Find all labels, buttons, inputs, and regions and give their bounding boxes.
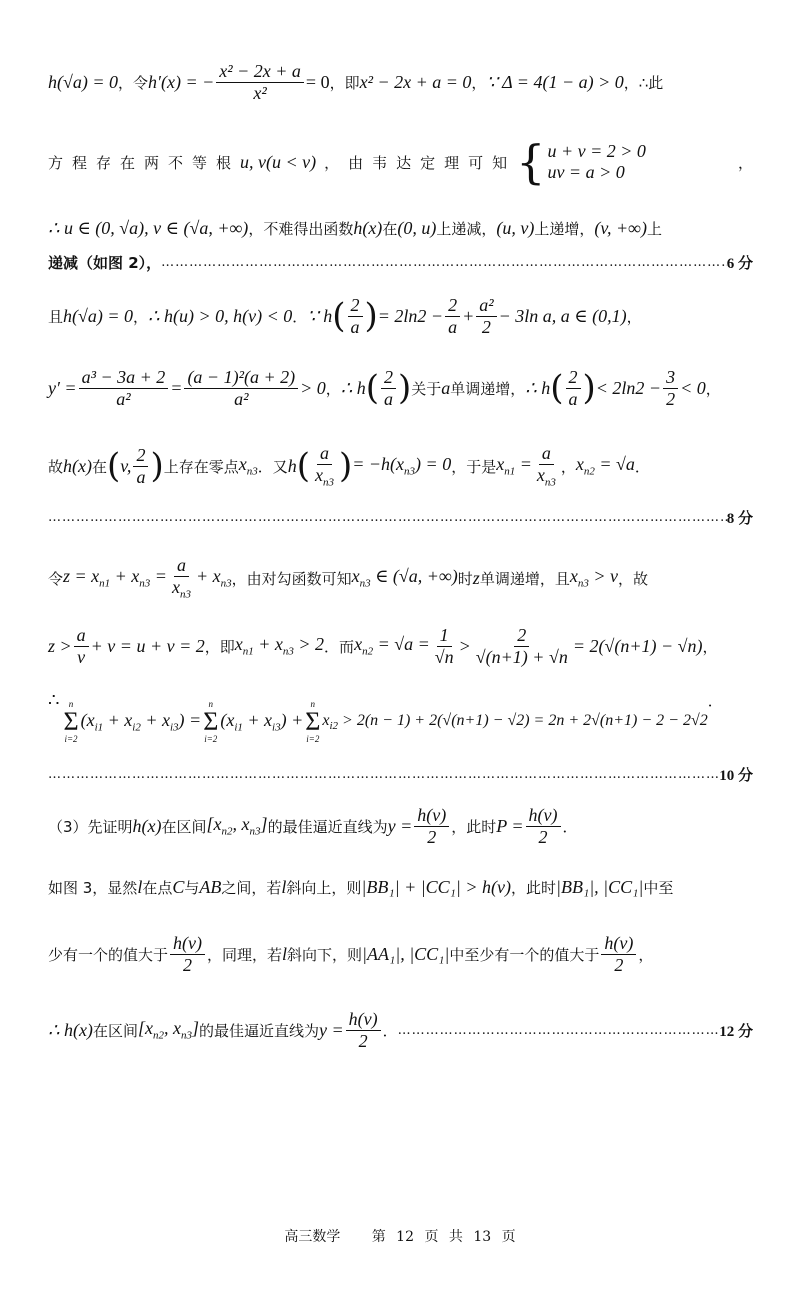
text: 少有一个的值大于 [48, 944, 168, 965]
numerator: a [174, 555, 189, 577]
text: 之间，若 [221, 877, 281, 898]
text: ．而 [324, 636, 354, 657]
line-16: ∴ h(x) 在区间 [xn2, xn3] 的最佳逼近直线为 y = h(v)2… [48, 1000, 753, 1060]
denominator: a [381, 389, 396, 410]
math: h(x) [63, 456, 92, 477]
math: < 0 [680, 378, 706, 399]
denominator: 2 [180, 955, 195, 976]
denominator: 2 [479, 317, 494, 338]
math: xn2 = √a = [354, 634, 430, 658]
math: ∵ Δ = 4(1 − a) > 0 [486, 72, 623, 93]
text: 在 [92, 456, 107, 477]
math: y = [388, 816, 413, 837]
fraction: a²2 [476, 295, 496, 337]
fraction: h(v)2 [346, 1009, 381, 1051]
page-mid: 页 共 [424, 1229, 462, 1245]
text: ，令 [118, 72, 148, 93]
math: xn3 [239, 454, 258, 478]
fraction: h(v)2 [414, 805, 449, 847]
text: ，∴此 [624, 72, 664, 93]
numerator: 1 [437, 625, 452, 647]
text: 上递增， [534, 218, 594, 239]
denominator: a [566, 389, 581, 410]
line-13: （3）先证明 h(x) 在区间 [xn2, xn3] 的最佳逼近直线为 y = … [48, 796, 753, 856]
fraction: h(v)2 [526, 805, 561, 847]
math: < 2ln2 − [596, 378, 661, 399]
line-4: 递减（如图 2）， ………………………………………………………………………………… [48, 248, 753, 276]
paren: ( [550, 371, 563, 405]
text: 单调递增， [450, 378, 525, 399]
score-points: 10 分 [719, 764, 753, 785]
text: 单调递增，且 [480, 568, 570, 589]
math: AB [199, 877, 221, 898]
math: h [288, 456, 297, 477]
summation: nΣi=2 [305, 700, 320, 744]
denominator: a [348, 317, 363, 338]
numerator: h(v) [414, 805, 449, 827]
math: y = [319, 1020, 344, 1041]
numerator: x² − 2x + a [216, 61, 304, 83]
line-12: …………………………………………………………………………………………………………… [48, 760, 753, 788]
text: ，由韦达定理可知 [324, 152, 516, 173]
fraction: h(v)2 [170, 933, 205, 975]
fraction: axn3 [312, 443, 337, 489]
math: + v = u + v = 2 [91, 636, 205, 657]
equation-system: u + v = 2 > 0 uv = a > 0 [547, 141, 645, 183]
paren: ) [398, 371, 411, 405]
fraction: a³ − 3a + 2a² [79, 367, 169, 409]
fraction: 2a [381, 367, 396, 409]
denominator: √n [432, 647, 457, 668]
numerator: 3 [663, 367, 678, 389]
score-points: 8 分 [727, 507, 753, 528]
fraction: axn3 [534, 443, 559, 489]
leader-dots: ………………………………………………………………………………………… [398, 1023, 720, 1038]
text: ． [635, 456, 650, 477]
text: 且 [48, 306, 63, 327]
text: ． [292, 306, 307, 327]
math: (v, +∞) [594, 218, 647, 239]
numerator: a [539, 443, 554, 465]
denominator: √(n+1) + √n [473, 647, 571, 668]
math: z > [48, 636, 72, 657]
text: 的最佳逼近直线为 [199, 1020, 319, 1041]
text: ， [706, 378, 721, 399]
leader-dots: …………………………………………………………………………………………………………… [48, 510, 727, 525]
paren: ) [150, 449, 163, 483]
line-9: 令 z = xn1 + xn3 = axn3 + xn3 ，由对勾函数可知 xn… [48, 548, 753, 608]
text: 中至少有一个的值大于 [449, 944, 599, 965]
text: ． [383, 1020, 398, 1041]
fraction: 1√n [432, 625, 457, 667]
math: > [459, 636, 471, 657]
math: ∴ h [341, 378, 366, 399]
text: ， [561, 456, 576, 477]
leader-dots: …………………………………………………………………………………………………………… [48, 767, 719, 782]
math: C [172, 877, 184, 898]
math: + [462, 306, 474, 327]
leader-dots: …………………………………………………………………………………………………………… [161, 255, 727, 270]
score-points: 6 分 [727, 252, 753, 273]
text: 关于 [411, 378, 441, 399]
text: ，故 [618, 568, 648, 589]
paren: ( [332, 299, 345, 333]
numerator: 2 [381, 367, 396, 389]
numerator: 2 [348, 295, 363, 317]
math: |BB₁|, |CC₁| [556, 877, 643, 898]
summation: nΣi=2 [63, 700, 78, 744]
equation: uv = a > 0 [547, 162, 645, 183]
text: ， [326, 378, 341, 399]
denominator: xn3 [312, 465, 337, 489]
line-10: z > av + v = u + v = 2 ，即 xn1 + xn3 > 2 … [48, 616, 753, 676]
text: 在 [382, 218, 397, 239]
math: h(√a) = 0 [48, 72, 118, 93]
math: x² − 2x + a = 0 [360, 72, 472, 93]
math: [xn2, xn3] [138, 1018, 199, 1042]
text: ，此时 [511, 877, 556, 898]
text: ，同理，若 [207, 944, 282, 965]
line-5: 且 h(√a) = 0 ， ∴ h(u) > 0, h(v) < 0 ． ∵ h… [48, 288, 753, 344]
line-8: …………………………………………………………………………………………………………… [48, 503, 753, 531]
denominator: xn3 [169, 577, 194, 601]
numerator: h(v) [346, 1009, 381, 1031]
paren: ) [365, 299, 378, 333]
text: ，于是 [451, 456, 496, 477]
paren: ) [339, 449, 352, 483]
fraction: 2a [348, 295, 363, 337]
text: 在区间 [93, 1020, 138, 1041]
text: ， [133, 306, 148, 327]
math: (u, v) [496, 218, 534, 239]
text: ， [703, 636, 718, 657]
math: xn2 = √a [576, 454, 635, 478]
math: = [170, 378, 182, 399]
text: ．又 [258, 456, 288, 477]
text: ． [563, 816, 578, 837]
fraction: x² − 2x + a x² [216, 61, 304, 103]
numerator: a³ − 3a + 2 [79, 367, 169, 389]
math: ∴ h [525, 378, 550, 399]
text: 如图 3，显然 [48, 877, 137, 898]
denominator: x² [250, 83, 269, 104]
math: ∴ h(x) [48, 1020, 93, 1041]
line-6: y′ = a³ − 3a + 2a² = (a − 1)²(a + 2)a² >… [48, 360, 753, 416]
text: 时 [458, 568, 473, 589]
math: P = [496, 816, 523, 837]
math: ∵ h [307, 306, 332, 327]
fraction: 2a [445, 295, 460, 337]
page-number: 12 [396, 1229, 414, 1245]
text: 递减（如图 2）， [48, 252, 161, 273]
fraction: (a − 1)²(a + 2)a² [184, 367, 298, 409]
math: v, [120, 456, 131, 477]
math: = 0 [306, 72, 330, 93]
numerator: h(v) [526, 805, 561, 827]
page-prefix: 第 [372, 1229, 386, 1245]
math: (xi1 + xi3) + [220, 710, 303, 734]
denominator: a² [113, 389, 133, 410]
fraction: h(v)2 [601, 933, 636, 975]
math: xn1 + xn3 > 2 [235, 634, 324, 658]
math: ∴ h(u) > 0, h(v) < 0 [148, 306, 292, 327]
line-15: 少有一个的值大于 h(v)2 ，同理，若 l 斜向下，则 |AA₁|, |CC₁… [48, 924, 753, 984]
math: xn3 ∈ (√a, +∞) [352, 566, 458, 590]
page-footer: 高三数学 第 12 页 共 13 页 [0, 1226, 800, 1246]
numerator: 2 [566, 367, 581, 389]
math: xn3 > v [570, 566, 618, 590]
text: ， [638, 944, 653, 965]
math: + xn3 [196, 566, 232, 590]
numerator: 2 [133, 445, 148, 467]
total-pages: 13 [473, 1229, 491, 1245]
math: (0, u) [397, 218, 436, 239]
numerator: a² [476, 295, 496, 317]
math: (xi1 + xi2 + xi3) = [81, 710, 202, 734]
math: h(√a) = 0 [63, 306, 133, 327]
text: ，不难得出函数 [248, 218, 353, 239]
text: 上递减， [436, 218, 496, 239]
math: h(x) [133, 816, 162, 837]
fraction: axn3 [169, 555, 194, 601]
text: 在点 [142, 877, 172, 898]
denominator: xn3 [534, 465, 559, 489]
denominator: a [445, 317, 460, 338]
text: ． [708, 690, 723, 711]
text: 方程存在两不等根 [48, 152, 240, 173]
line-2: 方程存在两不等根 u, v(u < v) ，由韦达定理可知 { u + v = … [48, 132, 753, 192]
equation: u + v = 2 > 0 [547, 141, 645, 162]
text: （3）先证明 [48, 816, 133, 837]
subject-label: 高三数学 [284, 1229, 340, 1245]
text: 令 [48, 568, 63, 589]
numerator: 2 [514, 625, 529, 647]
math: > 0 [300, 378, 326, 399]
math: h′(x) = − [148, 72, 214, 93]
left-brace: { [516, 139, 545, 185]
numerator: 2 [445, 295, 460, 317]
denominator: 2 [424, 827, 439, 848]
text: 故 [48, 456, 63, 477]
text: 上 [647, 218, 662, 239]
therefore-symbol: ∴ [48, 690, 59, 711]
line-3: ∴ u ∈ (0, √a), v ∈ (√a, +∞) ，不难得出函数 h(x)… [48, 208, 753, 248]
score-points: 12 分 [719, 1020, 753, 1041]
fraction: 2√(n+1) + √n [473, 625, 571, 667]
math: u, v(u < v) [240, 152, 316, 173]
numerator: a [74, 625, 89, 647]
math: = 2(√(n+1) − √n) [573, 636, 703, 657]
fraction: 32 [663, 367, 678, 409]
fraction: 2a [133, 445, 148, 487]
math: [xn2, xn3] [207, 814, 268, 838]
denominator: a [133, 467, 148, 488]
math: xn1 = [496, 454, 532, 478]
numerator: h(v) [601, 933, 636, 955]
denominator: a² [231, 389, 251, 410]
text: 斜向上，则 [286, 877, 361, 898]
line-7: 故 h(x) 在 ( v, 2a ) 上存在零点 xn3 ．又 h ( axn3… [48, 436, 753, 496]
summation: nΣi=2 [203, 700, 218, 744]
math: z = xn1 + xn3 = [63, 566, 167, 590]
line-11: ∴ nΣi=2 (xi1 + xi2 + xi3) = nΣi=2 (xi1 +… [48, 690, 753, 754]
denominator: v [74, 647, 88, 668]
fraction: 2a [566, 367, 581, 409]
text: 的最佳逼近直线为 [268, 816, 388, 837]
text: ， [738, 152, 753, 173]
text: ，此时 [451, 816, 496, 837]
math: h(x) [353, 218, 382, 239]
numerator: (a − 1)²(a + 2) [184, 367, 298, 389]
math: = 2ln2 − [378, 306, 443, 327]
numerator: h(v) [170, 933, 205, 955]
math: |AA₁|, |CC₁| [362, 944, 449, 965]
math: y′ = [48, 378, 77, 399]
numerator: a [317, 443, 332, 465]
math: = −h(xn3) = 0 [352, 454, 451, 478]
math: ∴ u ∈ (0, √a), v ∈ (√a, +∞) [48, 218, 248, 239]
math: xi2 > 2(n − 1) + 2(√(n+1) − √2) = 2n + 2… [322, 712, 707, 732]
paren: ( [297, 449, 310, 483]
text: 与 [184, 877, 199, 898]
denominator: 2 [611, 955, 626, 976]
denominator: 2 [356, 1031, 371, 1052]
line-14: 如图 3，显然 l 在点 C 与 AB 之间，若 l 斜向上，则 |BB₁| +… [48, 870, 753, 904]
math: z [473, 568, 480, 589]
math: − 3ln a, a ∈ (0,1) [499, 306, 627, 327]
text: ，即 [330, 72, 360, 93]
line-1: h(√a) = 0 ，令 h′(x) = − x² − 2x + a x² = … [48, 52, 753, 112]
paren: ) [583, 371, 596, 405]
page-suffix: 页 [502, 1229, 516, 1245]
fraction: av [74, 625, 89, 667]
denominator: 2 [663, 389, 678, 410]
paren: ( [107, 449, 120, 483]
text: ， [471, 72, 486, 93]
denominator: 2 [536, 827, 551, 848]
text: ，即 [205, 636, 235, 657]
text: 上存在零点 [164, 456, 239, 477]
text: ， [627, 306, 642, 327]
text: 中至 [643, 877, 673, 898]
paren: ( [366, 371, 379, 405]
text: 在区间 [162, 816, 207, 837]
math: |BB₁| + |CC₁| > h(v) [361, 877, 511, 898]
text: 斜向下，则 [287, 944, 362, 965]
math: a [441, 378, 450, 399]
text: ，由对勾函数可知 [232, 568, 352, 589]
